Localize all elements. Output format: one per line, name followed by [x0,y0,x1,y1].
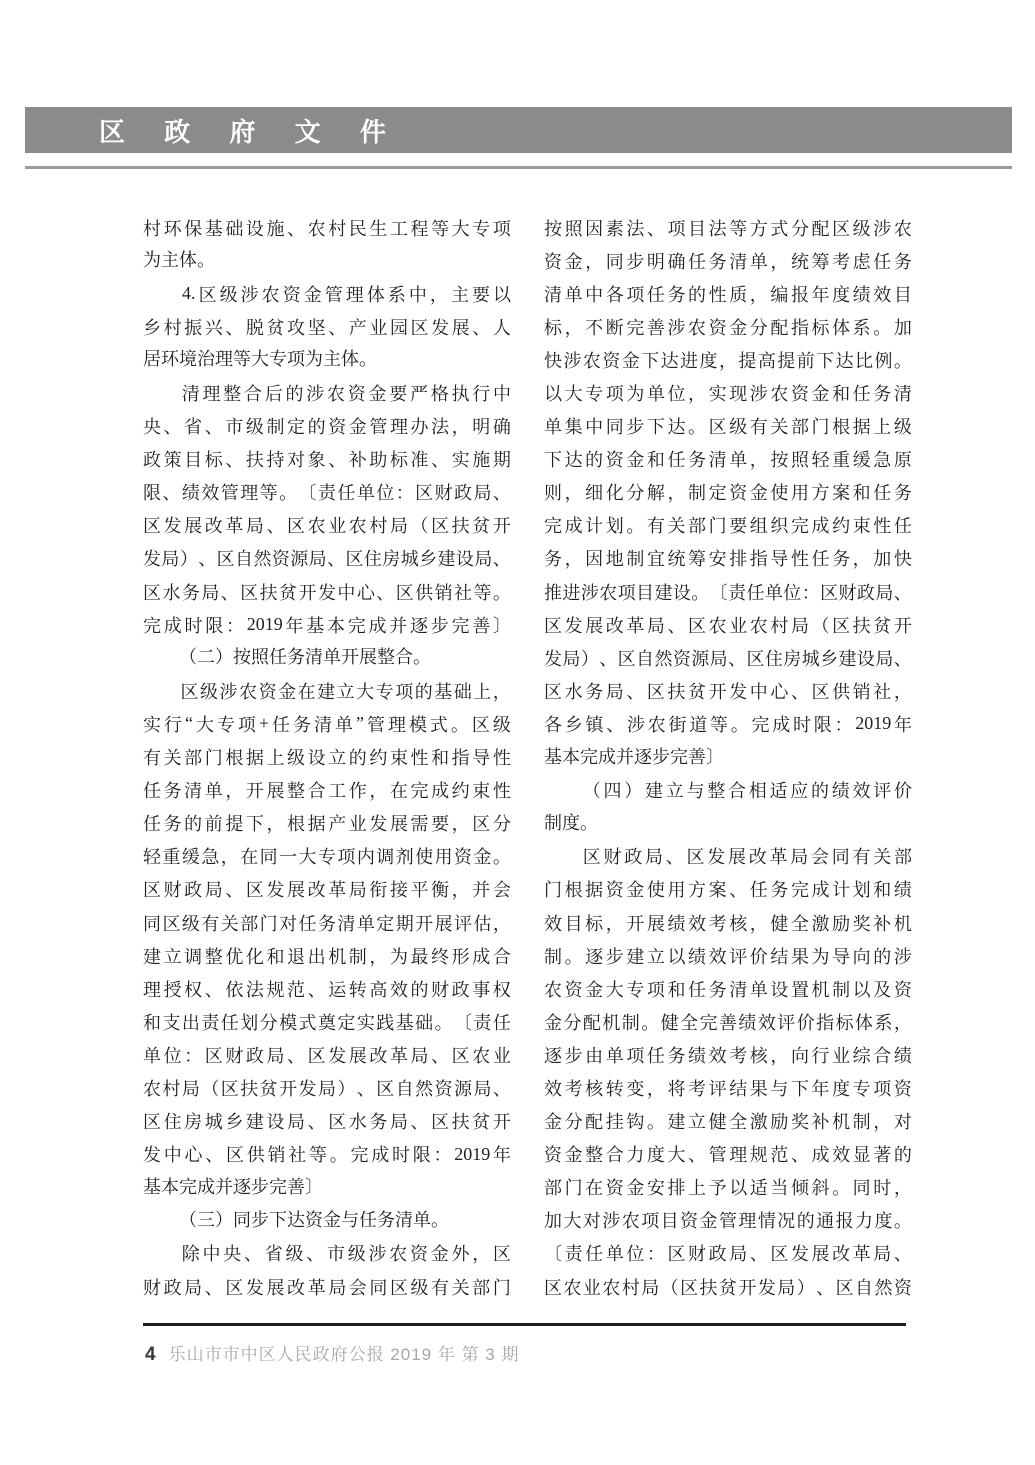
page-number: 4 [145,1344,156,1366]
text-line: 以大专项为单位，实现涉农资金和任务清 [544,376,912,409]
text-line: 加大对涉农项目资金管理情况的通报力度。 [544,1204,912,1237]
text-column-right: 按照因素法、项目法等方式分配区级涉农资金，同步明确任务清单，统筹考虑任务清单中各… [544,211,912,1303]
text-line: 有关部门根据上级设立的约束性和指导性 [143,741,511,774]
text-line: 单集中同步下达。区级有关部门根据上级 [544,410,912,443]
text-line: 各乡镇、涉农街道等。完成时限：2019年 [544,707,912,740]
text-line: 同区级有关部门对任务清单定期开展评估， [143,906,511,939]
text-line: 下达的资金和任务清单，按照轻重缓急原 [544,443,912,476]
text-line: 单位：区财政局、区发展改革局、区农业 [143,1038,511,1071]
text-line: 制度。 [544,807,912,840]
text-line: 轻重缓急，在同一大专项内调剂使用资金。 [143,840,511,873]
text-line: 基本完成并逐步完善〕 [544,741,912,774]
text-line: 发局）、区自然资源局、区住房城乡建设局、 [143,542,511,575]
page-footer: 4 乐山市市中区人民政府公报 2019 年 第 3 期 [145,1340,908,1366]
footer-divider-rule [143,1323,906,1326]
text-line: （三）同步下达资金与任务清单。 [143,1204,511,1237]
text-line: 区住房城乡建设局、区水务局、区扶贫开 [143,1105,511,1138]
text-line: 区水务局、区扶贫开发中心、区供销社等。 [143,575,511,608]
text-line: 区财政局、区发展改革局衔接平衡，并会 [143,873,511,906]
text-line: 农村局（区扶贫开发局）、区自然资源局、 [143,1071,511,1104]
text-line: 任务的前提下，根据产业发展需要，区分 [143,807,511,840]
text-line: 村环保基础设施、农村民生工程等大专项 [143,211,511,244]
text-line: 清理整合后的涉农资金要严格执行中 [143,376,511,409]
text-line: 务，因地制宜统筹安排指导性任务，加快 [544,542,912,575]
text-line: （四）建立与整合相适应的绩效评价 [544,774,912,807]
text-line: 标，不断完善涉农资金分配指标体系。加 [544,310,912,343]
text-line: 金分配机制。健全完善绩效评价指标体系， [544,1005,912,1038]
text-line: 除中央、省级、市级涉农资金外，区 [143,1237,511,1270]
text-line: 金分配挂钩。建立健全激励奖补机制，对 [544,1105,912,1138]
text-line: 政策目标、扶持对象、补助标准、实施期 [143,443,511,476]
text-line: 区发展改革局、区农业农村局（区扶贫开 [544,608,912,641]
text-line: 区财政局、区发展改革局会同有关部 [544,840,912,873]
text-line: 基本完成并逐步完善〕 [143,1171,511,1204]
text-line: 建立调整优化和退出机制，为最终形成合 [143,939,511,972]
header-divider-rule [25,166,1012,169]
text-line: 清单中各项任务的性质，编报年度绩效目 [544,277,912,310]
text-column-left: 村环保基础设施、农村民生工程等大专项为主体。4.区级涉农资金管理体系中，主要以乡… [143,211,511,1303]
text-line: 效考核转变，将考评结果与下年度专项资 [544,1071,912,1104]
text-line: 效目标，开展绩效考核，健全激励奖补机 [544,906,912,939]
text-line: 央、省、市级制定的资金管理办法，明确 [143,410,511,443]
section-header-title: 区 政 府 文 件 [25,112,402,149]
text-line: 和支出责任划分模式奠定实践基础。〔责任 [143,1005,511,1038]
text-line: 任务清单，开展整合工作，在完成约束性 [143,774,511,807]
text-line: 财政局、区发展改革局会同区级有关部门 [143,1270,511,1303]
text-line: 完成时限：2019年基本完成并逐步完善〕 [143,608,511,641]
text-line: 居环境治理等大专项为主体。 [143,343,511,376]
gazette-page: 区 政 府 文 件 村环保基础设施、农村民生工程等大专项为主体。4.区级涉农资金… [0,0,1035,1465]
footer-journal-title: 乐山市市中区人民政府公报 2019 年 第 3 期 [169,1340,520,1365]
text-line: 发中心、区供销社等。完成时限：2019年 [143,1138,511,1171]
text-line: 发局）、区自然资源局、区住房城乡建设局、 [544,641,912,674]
text-line: 实行“大专项+任务清单”管理模式。区级 [143,707,511,740]
text-line: 限、绩效管理等。〔责任单位：区财政局、 [143,476,511,509]
text-line: 4.区级涉农资金管理体系中，主要以 [143,277,511,310]
text-line: 区级涉农资金在建立大专项的基础上， [143,674,511,707]
text-line: 区水务局、区扶贫开发中心、区供销社， [544,674,912,707]
text-line: （二）按照任务清单开展整合。 [143,641,511,674]
text-line: 乡村振兴、脱贫攻坚、产业园区发展、人 [143,310,511,343]
text-line: 资金整合力度大、管理规范、成效显著的 [544,1138,912,1171]
text-line: 按照因素法、项目法等方式分配区级涉农 [544,211,912,244]
text-line: 制。逐步建立以绩效评价结果为导向的涉 [544,939,912,972]
text-line: 门根据资金使用方案、任务完成计划和绩 [544,873,912,906]
text-line: 理授权、依法规范、运转高效的财政事权 [143,972,511,1005]
text-line: 〔责任单位：区财政局、区发展改革局、 [544,1237,912,1270]
text-line: 推进涉农项目建设。〔责任单位：区财政局、 [544,575,912,608]
text-line: 为主体。 [143,244,511,277]
text-line: 区发展改革局、区农业农村局（区扶贫开 [143,509,511,542]
text-line: 部门在资金安排上予以适当倾斜。同时， [544,1171,912,1204]
text-line: 逐步由单项任务绩效考核，向行业综合绩 [544,1038,912,1071]
text-line: 则，细化分解，制定资金使用方案和任务 [544,476,912,509]
text-line: 完成计划。有关部门要组织完成约束性任 [544,509,912,542]
text-line: 农资金大专项和任务清单设置机制以及资 [544,972,912,1005]
text-line: 快涉农资金下达进度，提高提前下达比例。 [544,343,912,376]
text-line: 区农业农村局（区扶贫开发局）、区自然资 [544,1270,912,1303]
section-header-bar: 区 政 府 文 件 [25,107,1012,153]
text-line: 资金，同步明确任务清单，统筹考虑任务 [544,244,912,277]
